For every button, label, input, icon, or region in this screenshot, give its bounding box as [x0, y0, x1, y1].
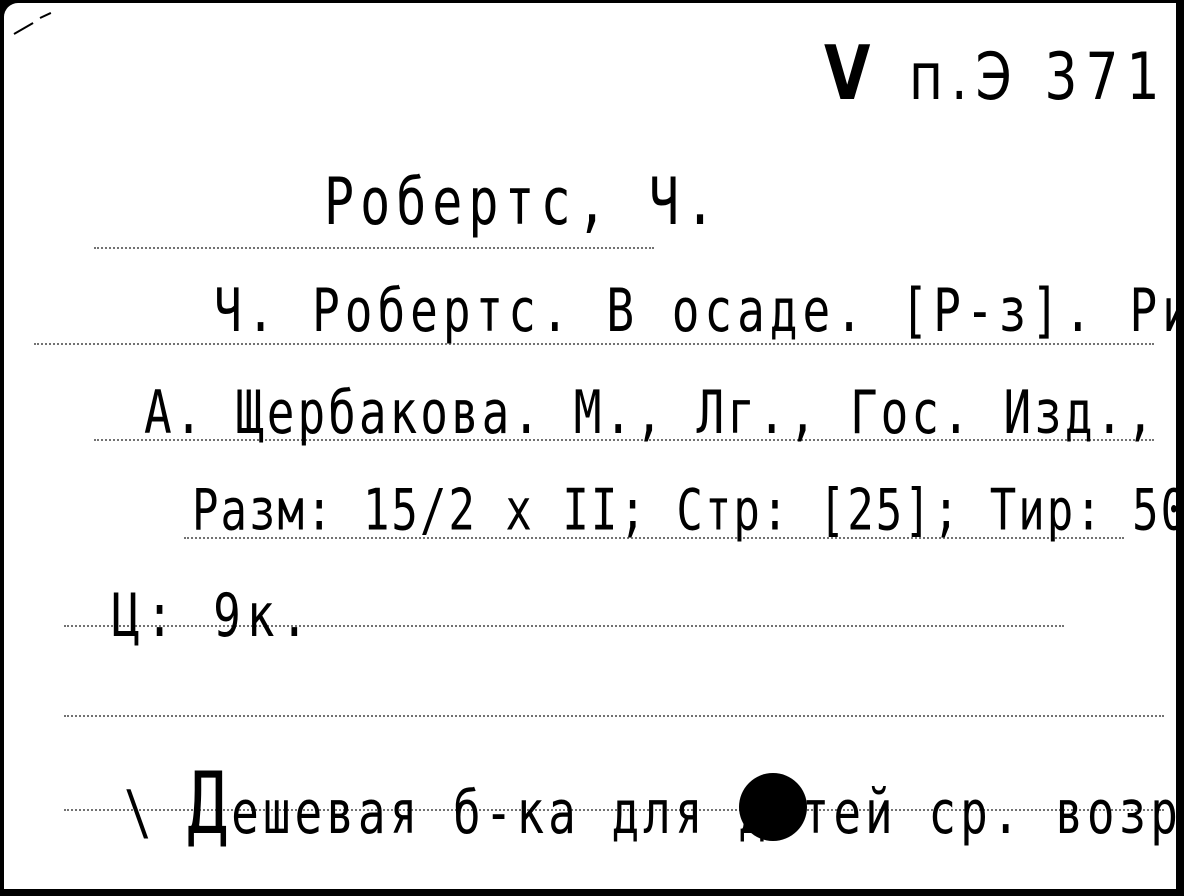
shelfmark-roman: V	[824, 30, 884, 118]
series-text: ешевая б-ка для детей ср. возр.	[231, 777, 1184, 847]
series-note: \ Дешевая б-ка для детей ср. возр.	[124, 753, 1184, 853]
title-statement: Ч. Робертс. В осаде. [Р-з]. Рис.	[214, 275, 1184, 345]
scan-border-bottom	[0, 889, 1184, 896]
shelfmark-number: п.Э 371	[909, 40, 1168, 115]
series-mark: \	[124, 777, 156, 847]
imprint-statement: А. Щербакова. М., Лг., Гос. Изд., 1927.	[144, 377, 1184, 447]
scan-artifact	[14, 22, 34, 35]
series-initial: Д	[187, 753, 231, 853]
physical-description: Разм: 15/2 х II; Стр: [25]; Тир: 50000;	[192, 477, 1184, 543]
catalog-card: V п.Э 371 Робертс, Ч. Ч. Робертс. В осад…	[4, 3, 1176, 889]
shelfmark: V п.Э 371	[824, 30, 1168, 118]
author-heading: Робертс, Ч.	[324, 164, 721, 239]
scan-artifact	[40, 12, 52, 19]
price: Ц: 9к.	[112, 580, 314, 650]
ruled-line	[64, 715, 1164, 717]
punch-hole	[739, 773, 807, 841]
scan-border-right	[1176, 0, 1184, 896]
ruled-line	[94, 247, 654, 249]
